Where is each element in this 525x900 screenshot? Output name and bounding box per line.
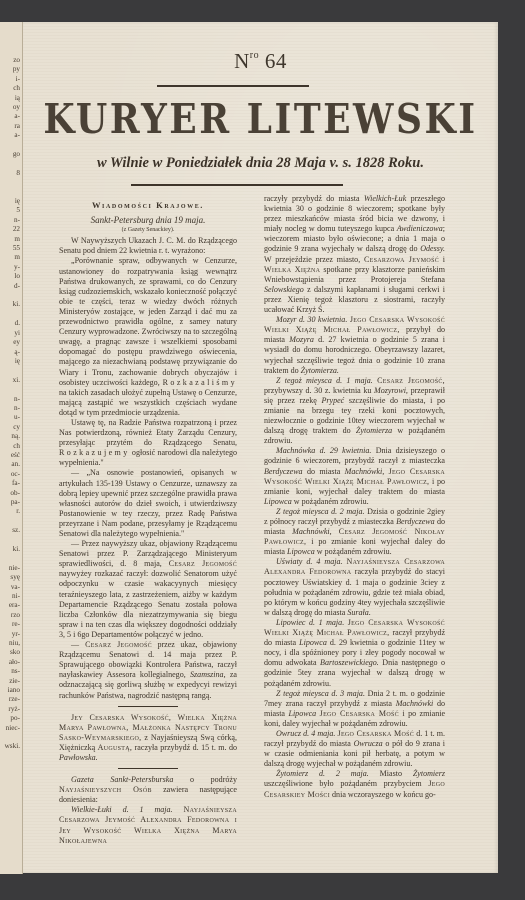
previous-page-text-fragment: a- — [0, 131, 22, 140]
previous-page-text-fragment: n- — [0, 216, 22, 225]
previous-page-text-fragment: ią — [0, 94, 22, 103]
previous-page-text-fragment — [0, 188, 22, 197]
previous-page-text-fragment: rzo — [0, 611, 22, 620]
previous-page-edge: zopyi-chiąoya-raa-go8ię5n-22m55my-lod-ki… — [0, 22, 23, 874]
previous-page-text-fragment: 55 — [0, 244, 22, 253]
previous-page-text-fragment: i- — [0, 75, 22, 84]
article-paragraph: Z tegoż mieysca d. 2 maja. Dzisia o godz… — [264, 507, 445, 557]
previous-page-text-fragment: ch — [0, 84, 22, 93]
article-paragraph: — Przez naywyższy ukaz, objawiony Rządzą… — [59, 539, 237, 640]
previous-page-text-fragment: rze- — [0, 695, 22, 704]
previous-page-text-fragment: sz. — [0, 526, 22, 535]
article-paragraph: Machnówka d. 29 kwietnia. Dnia dzisieysz… — [264, 446, 445, 507]
previous-page-text-fragment — [0, 178, 22, 187]
article-paragraph: Lipowiec d. 1 maja. Jego Cesarska Wysoko… — [264, 618, 445, 689]
previous-page-text-fragment: ki. — [0, 300, 22, 309]
previous-page-text-fragment: oc- — [0, 470, 22, 479]
previous-page-text-fragment: eść — [0, 451, 22, 460]
previous-page-text-fragment: zo — [0, 56, 22, 65]
previous-page-text-fragment — [0, 291, 22, 300]
previous-page-text-fragment: ni- — [0, 592, 22, 601]
previous-page-text-fragment: ob- — [0, 489, 22, 498]
masthead-rule-bottom — [131, 184, 343, 186]
previous-page-text-fragment: d- — [0, 282, 22, 291]
previous-page-text-fragment: n- — [0, 404, 22, 413]
article-dateline: Sankt-Petersburg dnia 19 maja. — [59, 215, 237, 225]
previous-page-text-fragment: va- — [0, 583, 22, 592]
previous-page-text-fragment: m — [0, 253, 22, 262]
previous-page-text-fragment — [0, 733, 22, 742]
article-divider — [118, 768, 178, 769]
previous-page-text-fragment: xi. — [0, 376, 22, 385]
previous-page-text-fragment — [0, 310, 22, 319]
previous-page-text-fragment: ki. — [0, 545, 22, 554]
newspaper-title: KURYER LITEWSKI — [23, 95, 498, 143]
previous-page-text-fragment: d. — [0, 319, 22, 328]
article-paragraph: Uświaty d. 4 maja. Nayjaśnieysza Cesarzo… — [264, 557, 445, 618]
previous-page-text-fragment: go — [0, 150, 22, 159]
article-paragraph: Z tegoż mieysca d. 1 maja. Cesarz Jegomo… — [264, 376, 445, 447]
previous-page-text-fragment: n- — [0, 395, 22, 404]
previous-page-text-fragment — [0, 517, 22, 526]
previous-page-text-fragment: u- — [0, 413, 22, 422]
previous-page-text-fragment: ra — [0, 122, 22, 131]
article-divider — [118, 706, 178, 707]
article-paragraph: Owrucz d. 4 maja. Jego Cesarska Mość d. … — [264, 729, 445, 769]
section-title: Wiadomości Krajowe. — [59, 200, 237, 210]
previous-page-text-fragment: ało- — [0, 658, 22, 667]
previous-page-text-fragment — [0, 554, 22, 563]
article-paragraph: Z tegoż mieysca d. 3 maja. Dnia 2 t. m. … — [264, 689, 445, 729]
previous-page-text-fragment: lo — [0, 272, 22, 281]
previous-page-text-fragment: nie- — [0, 564, 22, 573]
previous-page-text-fragment: wski. — [0, 742, 22, 751]
left-column: Wiadomości Krajowe. Sankt-Petersburg dni… — [59, 194, 237, 846]
issue-number: Nro 64 — [23, 49, 498, 74]
previous-page-text-fragment: pa- — [0, 498, 22, 507]
previous-page-text-fragment: 8 — [0, 169, 22, 178]
article-paragraph: „Porównanie spraw, odbywanych w Cenzurze… — [59, 256, 237, 418]
right-column: raczyły przybydź do miasta Wielkich-Łuk … — [264, 194, 445, 800]
previous-page-text-fragment: po- — [0, 714, 22, 723]
previous-page-text-fragment: cy — [0, 423, 22, 432]
previous-page-text-fragment: sko — [0, 648, 22, 657]
article-paragraph: — „Na osnowie postanowień, opisanych w a… — [59, 468, 237, 539]
masthead-rule-top — [157, 85, 309, 87]
previous-page-text-fragment: oy — [0, 103, 22, 112]
previous-page-text-fragment: ey — [0, 338, 22, 347]
previous-page-text-fragment: ryż- — [0, 705, 22, 714]
previous-page-text-fragment: ię — [0, 357, 22, 366]
article-paragraph: Gazeta Sankt-Petersburska o podróży Nayj… — [59, 775, 237, 805]
newspaper-page: Nro 64 KURYER LITEWSKI w Wilnie w Ponied… — [23, 22, 498, 873]
issue-dateline: w Wilnie w Poniedziałek dnia 28 Maja v. … — [23, 155, 498, 172]
previous-page-text-fragment: 22 — [0, 225, 22, 234]
previous-page-text-fragment: a- — [0, 112, 22, 121]
previous-page-text-fragment: 5 — [0, 206, 22, 215]
article-paragraph: — Cesarz Jegomość przez ukaz, objawiony … — [59, 640, 237, 701]
previous-page-text-fragment: py — [0, 65, 22, 74]
previous-page-text-fragment: r. — [0, 507, 22, 516]
previous-page-text-fragment: era- — [0, 601, 22, 610]
article-paragraph: W Naywyższych Ukazach J. C. M. do Rządzą… — [59, 236, 237, 256]
previous-page-text-fragment — [0, 536, 22, 545]
article-paragraph: Żytomierz d. 2 maja. Miasto Żytomierz us… — [264, 769, 445, 799]
previous-page-text-fragment: ą- — [0, 348, 22, 357]
article-paragraph: Jey Cesarska Wysokość, Wielka Xiężna Mar… — [59, 713, 237, 763]
previous-page-text-fragment — [0, 366, 22, 375]
article-paragraph: raczyły przybydź do miasta Wielkich-Łuk … — [264, 194, 445, 315]
article-source: (z Gazety Senackiey). — [59, 225, 237, 235]
previous-page-text-fragment: ię — [0, 197, 22, 206]
previous-page-text-fragment: ns- — [0, 667, 22, 676]
previous-page-text-fragment: niec- — [0, 724, 22, 733]
previous-page-text-fragment: an. — [0, 460, 22, 469]
previous-page-text-fragment — [0, 141, 22, 150]
previous-page-text-fragment: m — [0, 235, 22, 244]
previous-page-text-fragment: fa- — [0, 479, 22, 488]
previous-page-text-fragment: iano — [0, 686, 22, 695]
previous-page-text-fragment: syę — [0, 573, 22, 582]
previous-page-text-fragment — [0, 159, 22, 168]
previous-page-text-fragment: ch — [0, 442, 22, 451]
previous-page-text-fragment: yr- — [0, 630, 22, 639]
previous-page-text-fragment: niu, — [0, 639, 22, 648]
previous-page-text-fragment: zie- — [0, 677, 22, 686]
previous-page-text-fragment: ną. — [0, 432, 22, 441]
previous-page-text-fragment: y- — [0, 263, 22, 272]
article-paragraph: Mozyr d. 30 kwietnia. Jego Cesarska Wyso… — [264, 315, 445, 376]
previous-page-text-fragment: re- — [0, 620, 22, 629]
article-paragraph: Ustawę tę, na Radzie Państwa rozpatrzoną… — [59, 418, 237, 468]
previous-page-text-fragment — [0, 385, 22, 394]
article-paragraph: Wielkie-Łuki d. 1 maja. Nayjaśnieysza Ce… — [59, 805, 237, 845]
previous-page-text-fragment: yi — [0, 329, 22, 338]
